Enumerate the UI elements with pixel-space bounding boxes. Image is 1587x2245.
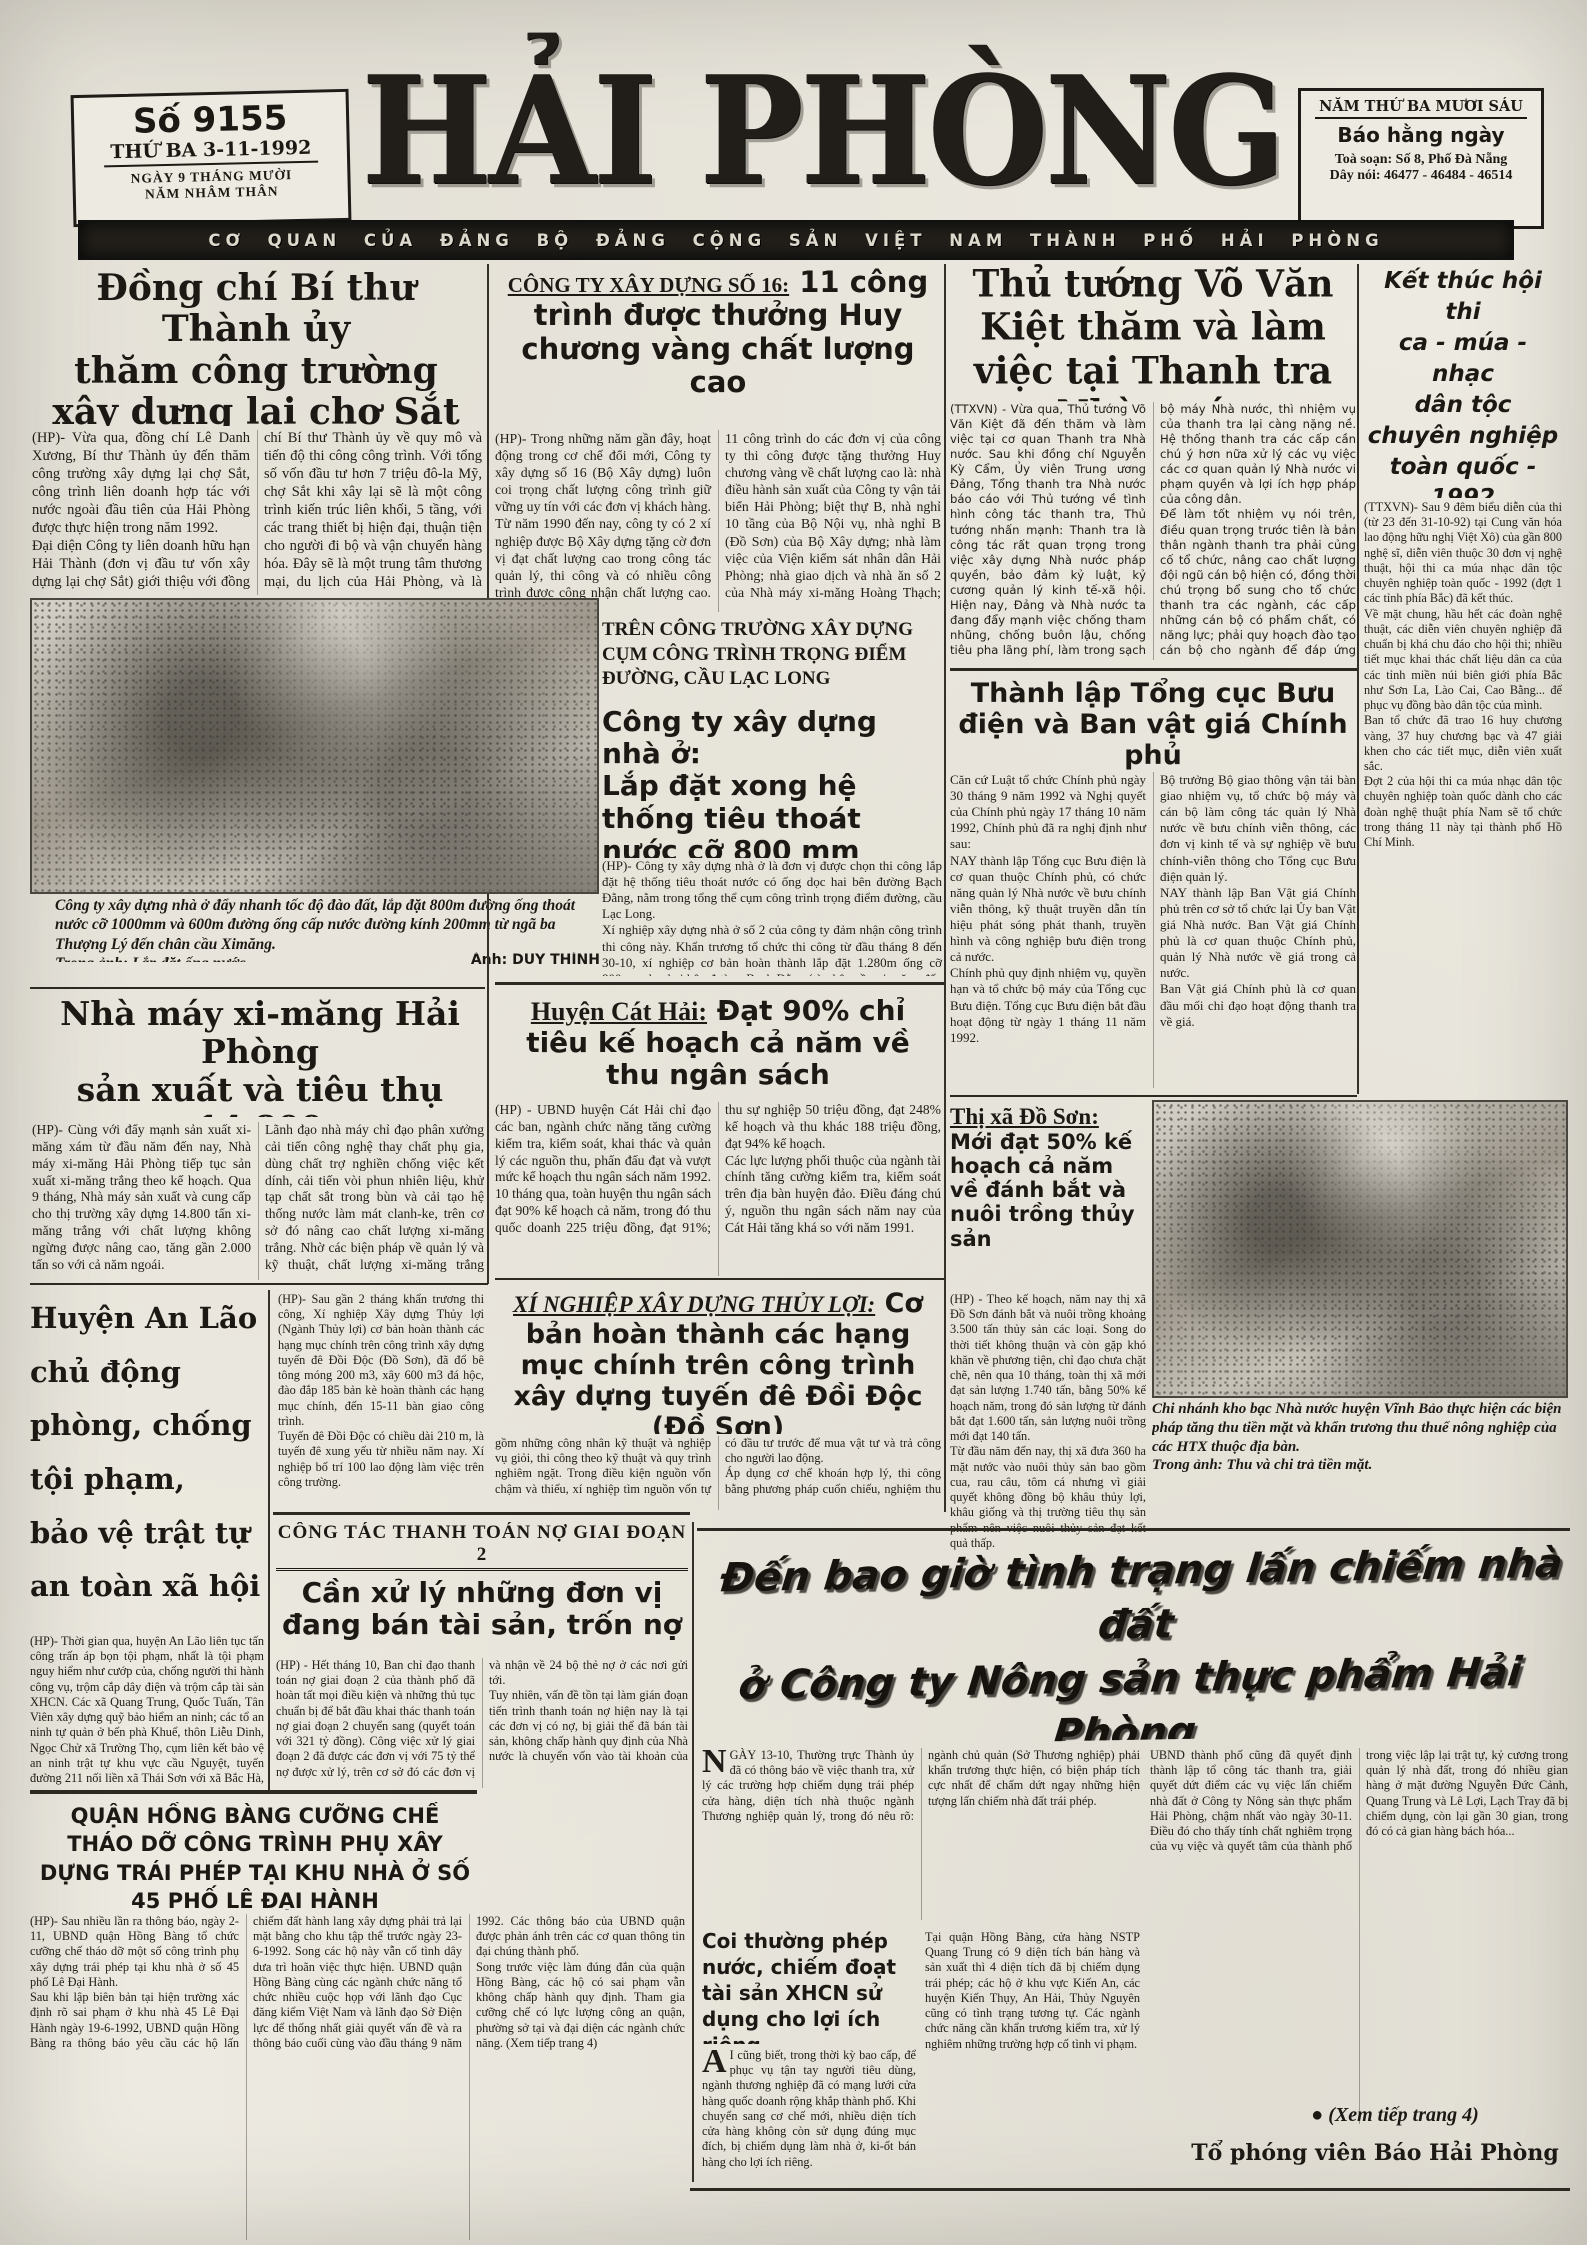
xd16-headline: CÔNG TY XÂY DỰNG SỐ 16: 11 công trình đư… [495,266,941,426]
nha-o-headline: Công ty xây dựng nhà ở: Lắp đặt xong hệ … [602,706,942,858]
coi-thuong-body: AI cũng biết, trong thời kỳ bao cấp, để … [702,2048,916,2240]
section-rule [495,982,945,985]
section-rule [495,1278,945,1280]
coi-thuong-subhead: Coi thường phép nước, chiếm đoạt tài sản… [702,1928,916,2044]
issue-date: THỨ BA 3-11-1992 [104,136,318,167]
thanh-toan-no-kicker: CÔNG TÁC THANH TOÁN NỢ GIAI ĐOẠN 2 [276,1522,688,1571]
cho-sat-headline: Đồng chí Bí thư Thành ủy thăm công trườn… [30,268,482,426]
section-rule [690,2188,1570,2191]
reporter-byline: Tổ phóng viên Báo Hải Phòng [1180,2140,1570,2174]
publication-year-line: NĂM THỨ BA MƯƠI SÁU [1315,98,1527,119]
xd16-body: (HP)- Trong những năm gần đây, hoạt động… [495,430,941,612]
hong-bang-body: (HP)- Sau nhiều lần ra thông báo, ngày 2… [30,1914,685,2240]
issue-info-box: Số 9155 THỨ BA 3-11-1992 NGÀY 9 THÁNG MƯ… [71,89,352,227]
section-rule [30,1283,488,1285]
lan-chiem-body-1: NGÀY 13-10, Thường trực Thành ủy đã có t… [702,1748,1140,1920]
nha-o-body: (HP)- Công ty xây dựng nhà ở là đơn vị đ… [602,858,942,976]
cat-hai-headline: Huyện Cát Hải: Đạt 90% chỉ tiêu kế hoạch… [495,995,941,1099]
cat-hai-body: (HP) - UBND huyện Cát Hải chỉ đạo các ba… [495,1102,941,1276]
column-rule [1357,264,1359,1094]
thanh-toan-no-body: (HP) - Hết tháng 10, Ban chỉ đạo thanh t… [276,1658,688,1788]
cho-sat-construction-photo [30,598,599,894]
thuy-loi-body: gồm những công nhân kỹ thuật và nghiệp v… [495,1436,941,1510]
cat-hai-lead: Huyện Cát Hải: [531,997,707,1026]
section-rule [30,1790,477,1794]
lan-chiem-body-3: Tại quận Hồng Bàng, cửa hàng NSTP Quang … [925,1930,1140,2240]
do-son-headline-main: Mới đạt 50% kế hoạch cả năm về đánh bắt … [950,1130,1135,1251]
cho-sat-body: (HP)- Vừa qua, đồng chí Lê Danh Xương, B… [32,430,482,595]
column-rule [944,264,946,1512]
buu-dien-body: Căn cứ Luật tổ chức Chính phủ ngày 30 th… [950,772,1356,1088]
address-line: Toà soạn: Số 8, Phố Đà Nẵng [1301,152,1541,168]
xi-mang-headline: Nhà máy xi-măng Hải Phòng sản xuất và ti… [35,995,485,1117]
nha-o-headline-main: Lắp đặt xong hệ thống tiêu thoát nước cỡ… [602,770,942,858]
section-rule [30,987,485,989]
daily-line: Báo hằng ngày [1301,123,1541,147]
photo2-caption: Chi nhánh kho bạc Nhà nước huyện Vĩnh Bả… [1152,1400,1564,1508]
buu-dien-headline: Thành lập Tổng cục Bưu điện và Ban vật g… [950,678,1356,770]
do-son-headline: Thị xã Đồ Sơn: Mới đạt 50% kế hoạch cả n… [950,1104,1146,1290]
hoi-thi-headline: Kết thúc hội thi ca - múa - nhạc dân tộc… [1364,266,1562,498]
section-rule [697,1528,1570,1531]
continue-note: ● (Xem tiếp trang 4) [1230,2104,1560,2134]
hong-bang-headline: QUẬN HỒNG BÀNG CƯỠNG CHẾ THÁO DỠ CÔNG TR… [35,1802,475,1910]
xi-mang-body: (HP)- Cùng với đẩy mạnh sản xuất xi-măng… [32,1122,484,1280]
hoi-thi-body: (TTXVN)- Sau 9 đêm biểu diễn của thi (từ… [1364,500,1562,1092]
thanh-toan-no-header: CÔNG TÁC THANH TOÁN NỢ GIAI ĐOẠN 2 Cần x… [276,1522,688,1656]
nha-o-headline-lead: Công ty xây dựng nhà ở: [602,706,942,770]
issue-number: Số 9155 [74,100,347,142]
thu-tuong-headline: Thủ tướng Võ Văn Kiệt thăm và làm việc t… [950,263,1356,402]
publication-info-box: NĂM THỨ BA MƯƠI SÁU Báo hằng ngày Toà so… [1298,88,1544,229]
column-rule [692,1522,694,2182]
column-rule [268,1290,270,1790]
thuy-loi-kicker: XÍ NGHIỆP XÂY DỰNG THỦY LỢI: [513,1292,875,1317]
photo1-credit: Ảnh: DUY THÍNH [400,952,600,978]
thuy-loi-headline: XÍ NGHIỆP XÂY DỰNG THỦY LỢI: Cơ bản hoàn… [495,1288,941,1434]
xd16-kicker: CÔNG TY XÂY DỰNG SỐ 16: [508,273,789,297]
lan-chiem-headline: Đến bao giờ tình trạng lấn chiếm nhà đất… [689,1536,1579,1747]
do-son-lead: Thị xã Đồ Sơn: [950,1104,1099,1129]
phone-line: Dây nói: 46477 - 46484 - 46514 [1301,168,1541,184]
party-organ-banner: CƠ QUAN CỦA ĐẢNG BỘ ĐẢNG CỘNG SẢN VIỆT N… [78,220,1514,260]
masthead-title: HẢI PHÒNG [352,33,1292,227]
nha-o-kicker: TRÊN CÔNG TRƯỜNG XÂY DỰNG CỤM CÔNG TRÌNH… [602,618,942,706]
thanh-toan-no-headline: Cần xử lý những đơn vị đang bán tài sản,… [276,1577,688,1641]
section-rule [273,1512,690,1515]
thu-tuong-body: (TTXVN) - Vừa qua, Thủ tướng Võ Văn Kiệt… [950,402,1356,660]
treasury-office-photo [1152,1100,1568,1398]
an-lao-body: (HP)- Thời gian qua, huyện An Lão liên t… [30,1634,264,1786]
newspaper-front-page: Số 9155 THỨ BA 3-11-1992 NGÀY 9 THÁNG MƯ… [0,0,1587,2245]
lan-chiem-body-2: UBND thành phố cũng đã quyết định thành … [1150,1748,1568,2124]
thuy-loi-body-left: (HP)- Sau gần 2 tháng khẩn trương thi cô… [278,1292,484,1508]
section-rule [950,668,1357,671]
an-lao-headline: Huyện An Lão chủ động phòng, chống tội p… [30,1292,264,1630]
section-rule [950,1095,1357,1097]
